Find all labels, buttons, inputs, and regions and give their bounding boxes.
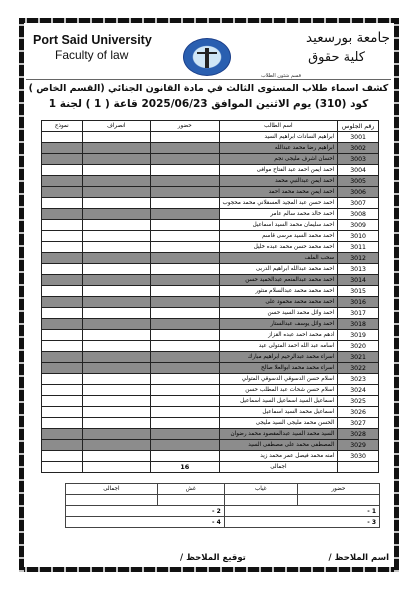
seat-cell: 3025 [338, 396, 379, 407]
faculty-name-en: Faculty of law [55, 48, 128, 62]
table-row: 3012سحب الملف [42, 253, 379, 264]
summary-notes-row: 1 - 2 - [66, 506, 380, 517]
leave-cell [82, 308, 150, 319]
present-cell [150, 187, 219, 198]
form-cell [42, 253, 83, 264]
form-cell [42, 154, 83, 165]
seat-cell: 3026 [338, 407, 379, 418]
summary-note-4: 4 - [66, 517, 225, 528]
student-name-cell: اسراء محمد محمد ابوالعلا صالح [219, 363, 338, 374]
leave-cell [82, 363, 150, 374]
table-row: 3005احمد ايمن عبدالنبي محمد [42, 176, 379, 187]
form-cell [42, 396, 83, 407]
form-cell [42, 363, 83, 374]
seat-cell: 3027 [338, 418, 379, 429]
form-cell [42, 286, 83, 297]
leave-cell [82, 264, 150, 275]
present-cell [150, 429, 219, 440]
table-row: 3028السيد محمد السيد عبدالمقصود محمد رضو… [42, 429, 379, 440]
table-row: 3006احمد ايمن محمد محمد احمد [42, 187, 379, 198]
student-name-cell: السيد محمد السيد عبدالمقصود محمد رضوان [219, 429, 338, 440]
table-row: 3008احمد خالد محمد سالم عامر [42, 209, 379, 220]
leave-cell [82, 154, 150, 165]
student-name-cell: امنه محمد فيصل عمر محمد زيد [219, 451, 338, 462]
form-cell [42, 209, 83, 220]
leave-cell [82, 451, 150, 462]
seat-cell: 3006 [338, 187, 379, 198]
table-header-row: رقم الجلوس اسم الطالب حضور انصراف نموذج [42, 121, 379, 132]
student-name-cell: اسماعيل السيد اسماعيل السيد اسماعيل [219, 396, 338, 407]
seat-cell: 3012 [338, 253, 379, 264]
table-row: 3015احمد محمد محمد عبدالسلام منثور [42, 286, 379, 297]
seat-cell: 3007 [338, 198, 379, 209]
column-header-name: اسم الطالب [219, 121, 338, 132]
present-cell [150, 231, 219, 242]
leave-cell [82, 385, 150, 396]
summary-header-absent: غياب [224, 484, 297, 495]
seat-cell: 3017 [338, 308, 379, 319]
leave-cell [82, 231, 150, 242]
total-present-value: 16 [150, 462, 219, 473]
table-row: 3020اسامه عبد الله احمد المتولى عيد [42, 341, 379, 352]
present-cell [150, 176, 219, 187]
leave-cell [82, 352, 150, 363]
table-row: 3023اسلام حسن الدسوقي الدسوقي المتولي [42, 374, 379, 385]
form-cell [42, 264, 83, 275]
total-row: اجمالى 16 [42, 462, 379, 473]
department-label: قسم شئون الطلاب [258, 73, 304, 79]
seat-cell: 3029 [338, 440, 379, 451]
present-cell [150, 341, 219, 352]
leave-cell [82, 297, 150, 308]
present-cell [150, 319, 219, 330]
present-cell [150, 418, 219, 429]
summary-values-row [66, 495, 380, 506]
table-row: 3016احمد محمد محمد محمود على [42, 297, 379, 308]
leave-cell [82, 407, 150, 418]
summary-note-1: 1 - [224, 506, 379, 517]
summary-total-value [66, 495, 158, 506]
seat-cell: 3002 [338, 143, 379, 154]
logo-lighthouse [205, 48, 209, 68]
student-name-cell: ابراهيم السادات ابراهيم السيد [219, 132, 338, 143]
table-row: 3013احمد محمد عبدالله ابراهيم الدربى [42, 264, 379, 275]
table-row: 3004احمد ايمن احمد عبد الفتاح موافى [42, 165, 379, 176]
seat-cell: 3013 [338, 264, 379, 275]
leave-cell [82, 253, 150, 264]
student-name-cell: اسماعيل محمد السيد اسماعيل [219, 407, 338, 418]
form-cell [42, 165, 83, 176]
summary-notes-row: 3 - 4 - [66, 517, 380, 528]
form-cell [42, 440, 83, 451]
form-cell [42, 407, 83, 418]
summary-note-3: 3 - [224, 517, 379, 528]
present-cell [150, 363, 219, 374]
leave-cell [82, 198, 150, 209]
leave-cell [82, 374, 150, 385]
leave-cell [82, 187, 150, 198]
leave-cell [82, 209, 150, 220]
form-cell [42, 275, 83, 286]
student-name-cell: احمد وائل محمد السيد حسن [219, 308, 338, 319]
student-name-cell: احمد محمد محمد عبدالسلام منثور [219, 286, 338, 297]
leave-cell [82, 330, 150, 341]
seat-cell: 3016 [338, 297, 379, 308]
form-cell [42, 308, 83, 319]
student-name-cell: اسلام حسن الدسوقي الدسوقي المتولي [219, 374, 338, 385]
leave-cell [82, 286, 150, 297]
present-cell [150, 374, 219, 385]
seat-cell: 3020 [338, 341, 379, 352]
seat-cell: 3015 [338, 286, 379, 297]
leave-cell [82, 176, 150, 187]
seat-cell: 3021 [338, 352, 379, 363]
seat-cell: 3005 [338, 176, 379, 187]
student-name-cell: احمد محمد محمد محمود على [219, 297, 338, 308]
seat-cell: 3009 [338, 220, 379, 231]
student-name-cell: ادهم محمد احمد عبده القزاز [219, 330, 338, 341]
total-label: اجمالى [219, 462, 338, 473]
leave-cell [82, 440, 150, 451]
student-name-cell: المصطفى محمد على مصطفى السيد [219, 440, 338, 451]
table-row: 3010احمد محمد السيد مرسى قاسم [42, 231, 379, 242]
table-row: 3018احمد وائل يوسف عبدالستار [42, 319, 379, 330]
leave-cell [82, 220, 150, 231]
present-cell [150, 165, 219, 176]
summary-absent-value [224, 495, 297, 506]
seat-cell: 3014 [338, 275, 379, 286]
faculty-name-ar: كلية حقوق [308, 50, 365, 65]
present-cell [150, 220, 219, 231]
present-cell [150, 286, 219, 297]
student-name-cell: احمد سليمان محمد السيد اسماعيل [219, 220, 338, 231]
table-row: 3007احمد حسن عبد المجيد العسقلاني محمد م… [42, 198, 379, 209]
seat-cell: 3001 [338, 132, 379, 143]
summary-present-value [297, 495, 379, 506]
form-cell [42, 231, 83, 242]
total-seat-cell [338, 462, 379, 473]
student-name-cell: احمد ايمن عبدالنبي محمد [219, 176, 338, 187]
leave-cell [82, 396, 150, 407]
form-cell [42, 352, 83, 363]
student-name-cell: احمد محمد عبدالله ابراهيم الدربى [219, 264, 338, 275]
seat-cell: 3003 [338, 154, 379, 165]
university-name-en: Port Said University [33, 33, 152, 47]
form-cell [42, 187, 83, 198]
student-name-cell: ابراهيم رضا محمد عبدالله [219, 143, 338, 154]
student-name-cell: الحسن محمد مليجى السيد مليجى [219, 418, 338, 429]
form-cell [42, 429, 83, 440]
table-row: 3017احمد وائل محمد السيد حسن [42, 308, 379, 319]
university-name-ar: جامعة بورسعيد [306, 30, 390, 46]
table-row: 3024اسلام حسن شحات عبد المطلب حسن [42, 385, 379, 396]
observer-name-field: اسم الملاحظ / [329, 553, 389, 563]
summary-header-present: حضور [297, 484, 379, 495]
form-cell [42, 374, 83, 385]
university-logo-icon [183, 38, 231, 76]
observer-signature-field: توقيع الملاحظ / [180, 553, 246, 563]
present-cell [150, 209, 219, 220]
present-cell [150, 264, 219, 275]
form-cell [42, 451, 83, 462]
table-row: 3014احمد محمد عبدالمنعم عبدالحميد حسن [42, 275, 379, 286]
seat-cell: 3028 [338, 429, 379, 440]
student-name-cell: احمد ايمن احمد عبد الفتاح موافى [219, 165, 338, 176]
student-name-cell: سحب الملف [219, 253, 338, 264]
student-name-cell: احمد وائل يوسف عبدالستار [219, 319, 338, 330]
form-cell [42, 143, 83, 154]
present-cell [150, 407, 219, 418]
table-row: 3003احسان اشرف مليجى نجم [42, 154, 379, 165]
student-name-cell: احمد محمد حسن محمد عبده خليل [219, 242, 338, 253]
student-name-cell: احمد حسن عبد المجيد العسقلاني محمد محجوب [219, 198, 338, 209]
seat-cell: 3010 [338, 231, 379, 242]
form-cell [42, 176, 83, 187]
seat-cell: 3023 [338, 374, 379, 385]
seat-cell: 3019 [338, 330, 379, 341]
summary-header-cheating: غش [157, 484, 224, 495]
header-divider [26, 79, 391, 80]
summary-table: حضور غياب غش اجمالى 1 - 2 - 3 - 4 - [65, 483, 380, 528]
seat-cell: 3004 [338, 165, 379, 176]
form-cell [42, 319, 83, 330]
table-row: 3029المصطفى محمد على مصطفى السيد [42, 440, 379, 451]
present-cell [150, 440, 219, 451]
student-name-cell: احمد خالد محمد سالم عامر [219, 209, 338, 220]
student-name-cell: احمد محمد السيد مرسى قاسم [219, 231, 338, 242]
present-cell [150, 132, 219, 143]
document-title: كشف اسماء طلاب المستوى الثالث في مادة ال… [0, 83, 417, 94]
form-cell [42, 297, 83, 308]
summary-cheating-value [157, 495, 224, 506]
leave-cell [82, 242, 150, 253]
present-cell [150, 253, 219, 264]
leave-cell [82, 143, 150, 154]
form-cell [42, 132, 83, 143]
total-leave-cell [82, 462, 150, 473]
form-cell [42, 385, 83, 396]
form-cell [42, 341, 83, 352]
leave-cell [82, 418, 150, 429]
table-row: 3025اسماعيل السيد اسماعيل السيد اسماعيل [42, 396, 379, 407]
form-cell [42, 330, 83, 341]
seat-cell: 3022 [338, 363, 379, 374]
student-name-cell: احسان اشرف مليجى نجم [219, 154, 338, 165]
seat-cell: 3018 [338, 319, 379, 330]
leave-cell [82, 165, 150, 176]
total-form-cell [42, 462, 83, 473]
form-cell [42, 220, 83, 231]
attendance-table: رقم الجلوس اسم الطالب حضور انصراف نموذج … [41, 120, 379, 473]
leave-cell [82, 429, 150, 440]
summary-note-2: 2 - [66, 506, 225, 517]
column-header-form: نموذج [42, 121, 83, 132]
table-row: 3001ابراهيم السادات ابراهيم السيد [42, 132, 379, 143]
table-row: 3002ابراهيم رضا محمد عبدالله [42, 143, 379, 154]
student-name-cell: اسامه عبد الله احمد المتولى عيد [219, 341, 338, 352]
present-cell [150, 275, 219, 286]
form-cell [42, 418, 83, 429]
student-name-cell: احمد محمد عبدالمنعم عبدالحميد حسن [219, 275, 338, 286]
exam-details: كود (310) يوم الاثنين الموافق 2025/06/23… [0, 98, 417, 110]
leave-cell [82, 132, 150, 143]
present-cell [150, 451, 219, 462]
column-header-present: حضور [150, 121, 219, 132]
student-name-cell: اسلام حسن شحات عبد المطلب حسن [219, 385, 338, 396]
seat-cell: 3030 [338, 451, 379, 462]
student-name-cell: احمد ايمن محمد محمد احمد [219, 187, 338, 198]
table-row: 3030امنه محمد فيصل عمر محمد زيد [42, 451, 379, 462]
summary-header-total: اجمالى [66, 484, 158, 495]
table-row: 3022اسراء محمد محمد ابوالعلا صالح [42, 363, 379, 374]
leave-cell [82, 275, 150, 286]
table-row: 3027الحسن محمد مليجى السيد مليجى [42, 418, 379, 429]
leave-cell [82, 341, 150, 352]
table-row: 3011احمد محمد حسن محمد عبده خليل [42, 242, 379, 253]
seat-cell: 3011 [338, 242, 379, 253]
table-row: 3019ادهم محمد احمد عبده القزاز [42, 330, 379, 341]
present-cell [150, 198, 219, 209]
leave-cell [82, 319, 150, 330]
table-row: 3009احمد سليمان محمد السيد اسماعيل [42, 220, 379, 231]
form-cell [42, 242, 83, 253]
table-row: 3021اسراء محمد عبدالرحيم ابراهيم مبارك [42, 352, 379, 363]
student-name-cell: اسراء محمد عبدالرحيم ابراهيم مبارك [219, 352, 338, 363]
present-cell [150, 330, 219, 341]
present-cell [150, 352, 219, 363]
present-cell [150, 297, 219, 308]
seat-cell: 3024 [338, 385, 379, 396]
form-cell [42, 198, 83, 209]
present-cell [150, 308, 219, 319]
summary-header-row: حضور غياب غش اجمالى [66, 484, 380, 495]
seat-cell: 3008 [338, 209, 379, 220]
present-cell [150, 154, 219, 165]
column-header-seat: رقم الجلوس [338, 121, 379, 132]
column-header-leave: انصراف [82, 121, 150, 132]
present-cell [150, 385, 219, 396]
table-row: 3026اسماعيل محمد السيد اسماعيل [42, 407, 379, 418]
present-cell [150, 396, 219, 407]
present-cell [150, 242, 219, 253]
present-cell [150, 143, 219, 154]
